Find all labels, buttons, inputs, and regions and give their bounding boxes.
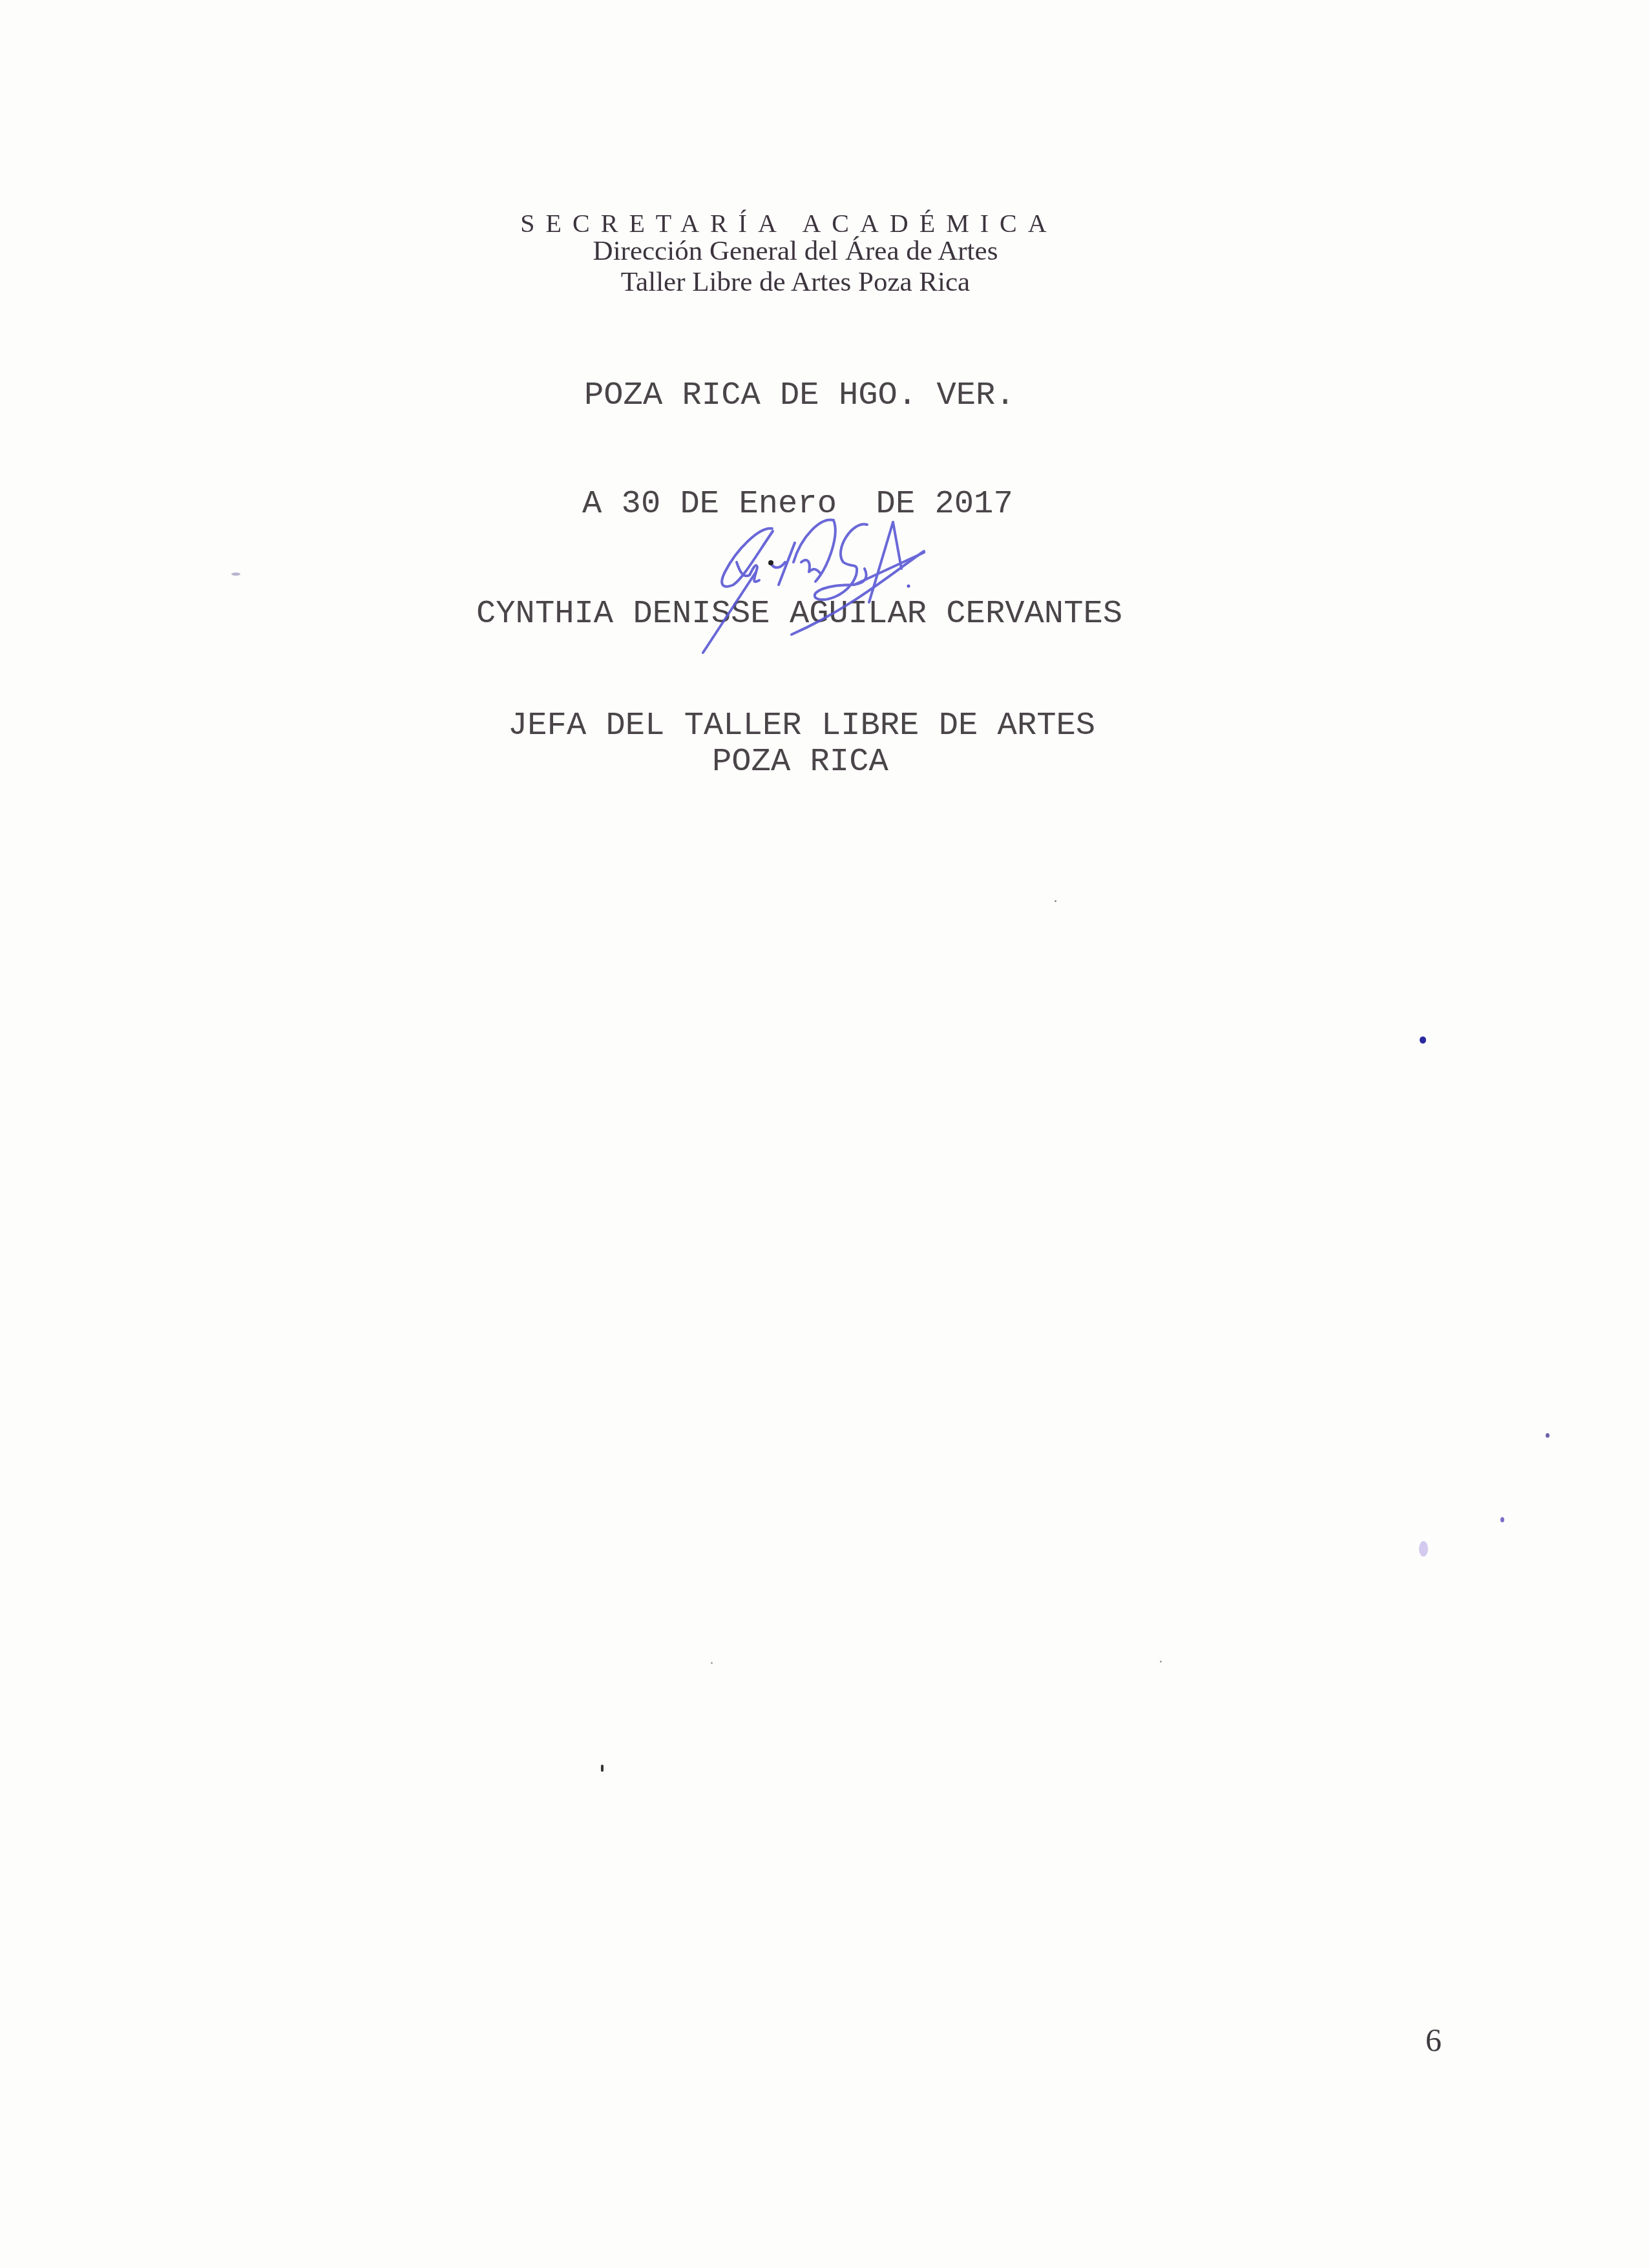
ink-speck [1055, 900, 1056, 902]
ink-speck [601, 1765, 604, 1772]
letterhead-taller: Taller Libre de Artes Poza Rica [0, 266, 1591, 298]
ink-speck [1419, 1541, 1428, 1557]
ink-speck [1546, 1433, 1549, 1438]
ink-speck [711, 1662, 713, 1664]
ink-speck [1160, 1661, 1162, 1663]
date-line: A 30 DE Enero DE 2017 [582, 488, 1013, 521]
letterhead-secretaria: SECRETARÍA ACADÉMICA [0, 208, 1578, 238]
ink-speck [1500, 1517, 1504, 1522]
letterhead-direccion: Dirección General del Área de Artes [0, 235, 1591, 267]
signatory-name: CYNTHIA DENISSE AGUILAR CERVANTES [476, 598, 1122, 631]
signatory-title: JEFA DEL TALLER LIBRE DE ARTES [508, 710, 1095, 743]
page-number: 6 [1425, 2021, 1442, 2059]
signatory-location: POZA RICA [712, 746, 888, 779]
ink-speck [231, 572, 240, 576]
place-line: POZA RICA DE HGO. VER. [584, 380, 1015, 413]
document-page: SECRETARÍA ACADÉMICA Dirección General d… [0, 0, 1649, 2268]
ink-speck [1420, 1036, 1426, 1044]
signature-icon [0, 0, 1649, 2268]
